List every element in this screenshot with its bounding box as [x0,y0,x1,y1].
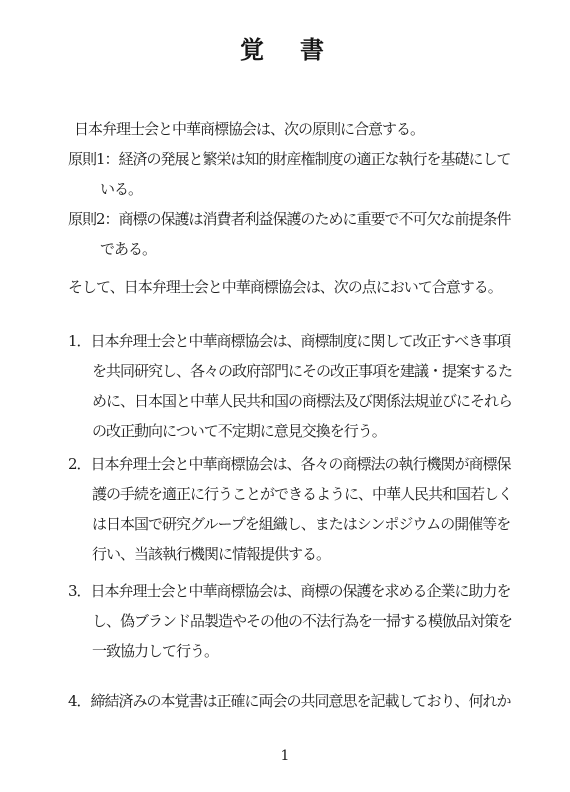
clause-paragraph: 3．日本弁理士会と中華商標協会は、商標の保護を求める企業に助力をし、偽ブランド品… [0,576,570,666]
text-line: である。 [0,234,570,264]
text-line: は日本国で研究グループを組織し、またはシンポジウムの開催等を [0,509,570,539]
intro-paragraph: 日本弁理士会と中華商標協会は、次の原則に合意する。 [0,114,570,144]
text-line: 護の手続を適正に行うことができるように、中華人民共和国若しく [0,479,570,509]
text-line: 日本弁理士会と中華商標協会は、次の原則に合意する。 [0,114,570,144]
memo-page: 覚 書 日本弁理士会と中華商標協会は、次の原則に合意する。原則1：経済の発展と繁… [0,0,570,792]
principle-paragraph: 原則2：商標の保護は消費者利益保護のために重要で不可欠な前提条件である。 [0,204,570,264]
text-line: めに、日本国と中華人民共和国の商標法及び関係法規並びにそれら [0,386,570,416]
text-line: 1．日本弁理士会と中華商標協会は、商標制度に関して改正すべき事項 [0,326,570,356]
document-title: 覚 書 [0,30,570,65]
text-line: 一致協力して行う。 [0,636,570,666]
document-body: 日本弁理士会と中華商標協会は、次の原則に合意する。原則1：経済の発展と繁栄は知的… [0,114,570,716]
text-line: を共同研究し、各々の政府部門にその改正事項を建議・提案するた [0,356,570,386]
clause-paragraph: 2．日本弁理士会と中華商標協会は、各々の商標法の執行機関が商標保護の手続を適正に… [0,449,570,569]
text-line: の改正動向について不定期に意見交換を行う。 [0,416,570,446]
text-line: 4．締結済みの本覚書は正確に両会の共同意思を記載しており、何れか [0,686,570,716]
text-line: 行い、当該執行機関に情報提供する。 [0,539,570,569]
text-line: し、偽ブランド品製造やその他の不法行為を一掃する模倣品対策を [0,606,570,636]
text-line: 3．日本弁理士会と中華商標協会は、商標の保護を求める企業に助力を [0,576,570,606]
text-line: 原則2：商標の保護は消費者利益保護のために重要で不可欠な前提条件 [0,204,570,234]
text-line: そして、日本弁理士会と中華商標協会は、次の点において合意する。 [0,272,570,302]
text-line: 原則1：経済の発展と繁栄は知的財産権制度の適正な執行を基礎にして [0,144,570,174]
clause-paragraph: 1．日本弁理士会と中華商標協会は、商標制度に関して改正すべき事項を共同研究し、各… [0,326,570,446]
text-line: いる。 [0,174,570,204]
page-number: 1 [0,748,570,764]
statement-paragraph: そして、日本弁理士会と中華商標協会は、次の点において合意する。 [0,272,570,302]
principle-paragraph: 原則1：経済の発展と繁栄は知的財産権制度の適正な執行を基礎にしている。 [0,144,570,204]
clause-paragraph: 4．締結済みの本覚書は正確に両会の共同意思を記載しており、何れか [0,686,570,716]
text-line: 2．日本弁理士会と中華商標協会は、各々の商標法の執行機関が商標保 [0,449,570,479]
